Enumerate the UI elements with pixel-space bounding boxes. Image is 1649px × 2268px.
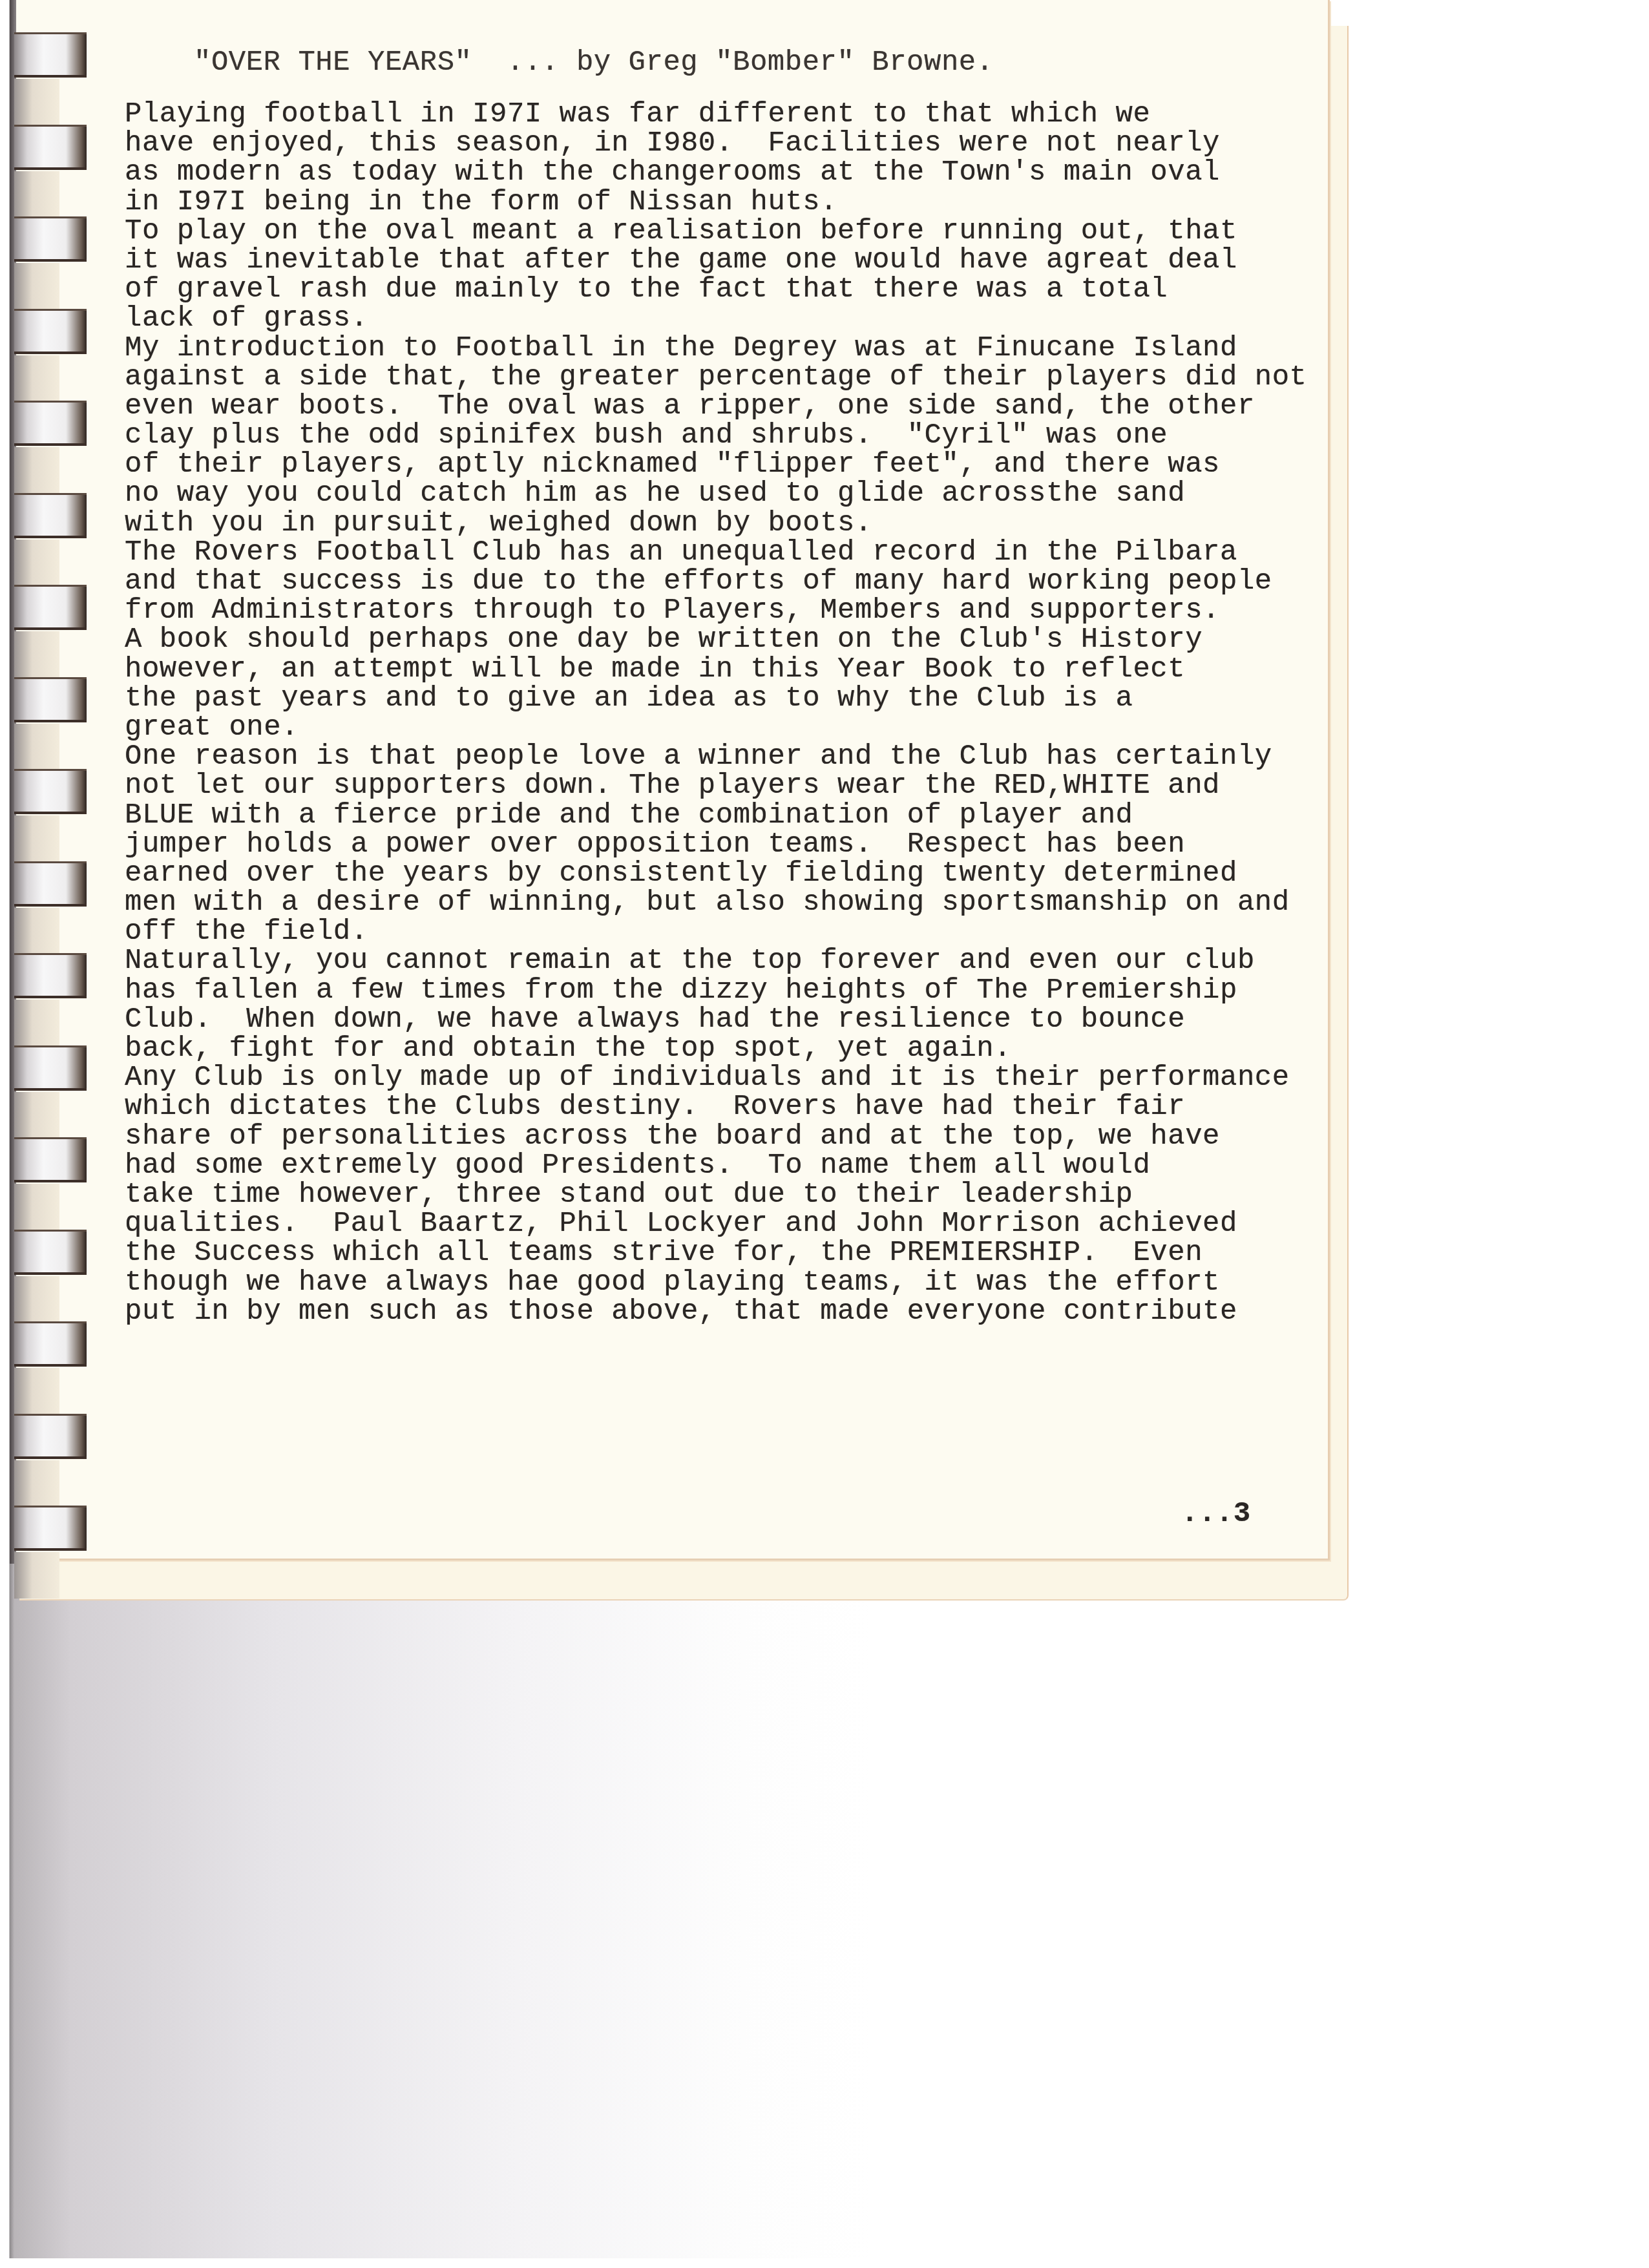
text-line: from Administrators through to Players, …: [125, 596, 1339, 625]
text-line: share of personalities across the board …: [125, 1122, 1339, 1151]
text-line: lack of grass.: [125, 304, 1339, 333]
binding-ring: [14, 125, 87, 170]
text-line: Club. When down, we have always had the …: [125, 1005, 1339, 1034]
binding-ring-back: [14, 631, 59, 678]
binding-ring-back: [14, 263, 59, 310]
binding-ring-back: [14, 1276, 59, 1323]
text-line: had some extremely good Presidents. To n…: [125, 1151, 1339, 1181]
article-heading: "OVER THE YEARS" ... by Greg "Bomber" Br…: [194, 47, 994, 79]
text-line: as modern as today with the changerooms …: [125, 158, 1339, 187]
text-line: Playing football in I97I was far differe…: [125, 100, 1339, 129]
text-line: clay plus the odd spinifex bush and shru…: [125, 421, 1339, 450]
text-line: of gravel rash due mainly to the fact th…: [125, 275, 1339, 304]
article-body: Playing football in I97I was far differe…: [125, 100, 1339, 1327]
page-continuation-marker: ...3: [1181, 1498, 1251, 1530]
text-line: the past years and to give an idea as to…: [125, 684, 1339, 713]
text-line: A book should perhaps one day be written…: [125, 625, 1339, 655]
binding-ring-back: [14, 1184, 59, 1230]
binding-ring-back: [14, 724, 59, 770]
text-line: has fallen a few times from the dizzy he…: [125, 976, 1339, 1005]
text-line: the Success which all teams strive for, …: [125, 1239, 1339, 1268]
text-line: of their players, aptly nicknamed "flipp…: [125, 450, 1339, 479]
binding-ring: [14, 953, 87, 998]
binding-ring: [14, 1414, 87, 1459]
binding-ring: [14, 493, 87, 538]
binding-ring: [14, 216, 87, 262]
text-line: it was inevitable that after the game on…: [125, 246, 1339, 275]
binding-ring: [14, 401, 87, 446]
binding-ring-back: [14, 908, 59, 954]
text-line: against a side that, the greater percent…: [125, 363, 1339, 392]
binding-ring: [14, 309, 87, 354]
text-line: To play on the oval meant a realisation …: [125, 217, 1339, 246]
binding-ring-back: [14, 540, 59, 586]
text-line: earned over the years by consistently fi…: [125, 859, 1339, 888]
text-line: BLUE with a fierce pride and the combina…: [125, 801, 1339, 830]
binding-ring-back: [14, 1092, 59, 1139]
text-line: back, fight for and obtain the top spot,…: [125, 1034, 1339, 1064]
text-line: even wear boots. The oval was a ripper, …: [125, 392, 1339, 421]
text-line: with you in pursuit, weighed down by boo…: [125, 509, 1339, 538]
binding-ring: [14, 677, 87, 722]
binding-ring: [14, 1506, 87, 1551]
binding-ring-back: [14, 1000, 59, 1046]
binding-ring-back: [14, 171, 59, 218]
text-line: Naturally, you cannot remain at the top …: [125, 947, 1339, 976]
binding-ring: [14, 1137, 87, 1182]
text-line: no way you could catch him as he used to…: [125, 479, 1339, 509]
text-line: which dictates the Clubs destiny. Rovers…: [125, 1093, 1339, 1122]
text-line: put in by men such as those above, that …: [125, 1297, 1339, 1327]
text-line: in I97I being in the form of Nissan huts…: [125, 188, 1339, 217]
text-line: and that success is due to the efforts o…: [125, 567, 1339, 596]
text-line: though we have always hae good playing t…: [125, 1268, 1339, 1297]
binding-ring: [14, 1045, 87, 1091]
binding-ring: [14, 1321, 87, 1367]
binding-ring: [14, 585, 87, 630]
binding-ring-back: [14, 815, 59, 862]
text-line: however, an attempt will be made in this…: [125, 655, 1339, 684]
binding-ring: [14, 1230, 87, 1275]
binding-ring-back: [14, 1368, 59, 1414]
text-line: qualities. Paul Baartz, Phil Lockyer and…: [125, 1210, 1339, 1239]
text-line: have enjoyed, this season, in I980. Faci…: [125, 129, 1339, 158]
text-line: not let our supporters down. The players…: [125, 772, 1339, 801]
text-line: great one.: [125, 713, 1339, 742]
binding-ring-back: [14, 355, 59, 402]
text-line: The Rovers Football Club has an unequall…: [125, 538, 1339, 567]
binding-ring-back: [14, 447, 59, 494]
binding-ring-back: [14, 1552, 59, 1599]
binding-ring: [14, 861, 87, 907]
text-line: Any Club is only made up of individuals …: [125, 1064, 1339, 1093]
text-line: One reason is that people love a winner …: [125, 742, 1339, 772]
text-line: jumper holds a power over opposition tea…: [125, 830, 1339, 859]
text-line: men with a desire of winning, but also s…: [125, 888, 1339, 918]
binding-ring-back: [14, 79, 59, 125]
text-line: off the field.: [125, 918, 1339, 947]
binding-ring: [14, 32, 87, 78]
text-line: My introduction to Football in the Degre…: [125, 334, 1339, 363]
text-line: take time however, three stand out due t…: [125, 1181, 1339, 1210]
binding-ring-back: [14, 1460, 59, 1507]
binding-ring: [14, 769, 87, 814]
